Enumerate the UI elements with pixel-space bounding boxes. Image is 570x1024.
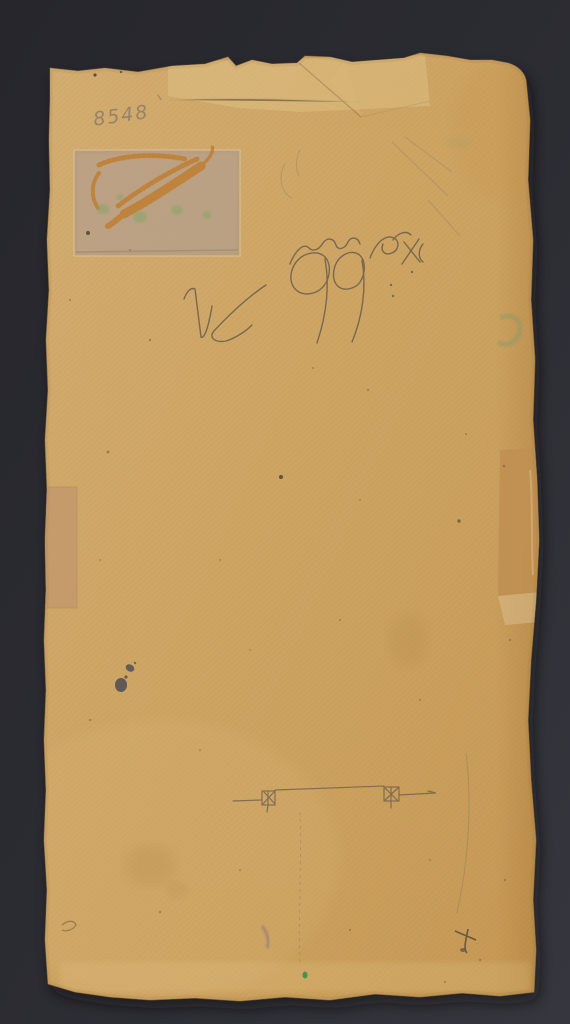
faint-brown-stain-right bbox=[388, 613, 428, 667]
green-dot bbox=[303, 972, 308, 979]
label-inner-tone bbox=[78, 154, 236, 252]
brown-stain-lower-left bbox=[125, 844, 175, 886]
brown-stain-lower-left-2 bbox=[166, 881, 188, 899]
label-patch bbox=[74, 146, 240, 256]
photo-canvas: 8548 bbox=[0, 0, 570, 1024]
left-tape-remnant bbox=[45, 487, 77, 608]
photo-of-artwork-verso: 8548 bbox=[0, 0, 570, 1024]
bottom-edge-lightening bbox=[60, 962, 530, 992]
faint-green-smear-top-right bbox=[444, 136, 472, 148]
label-dark-speck bbox=[86, 231, 90, 235]
